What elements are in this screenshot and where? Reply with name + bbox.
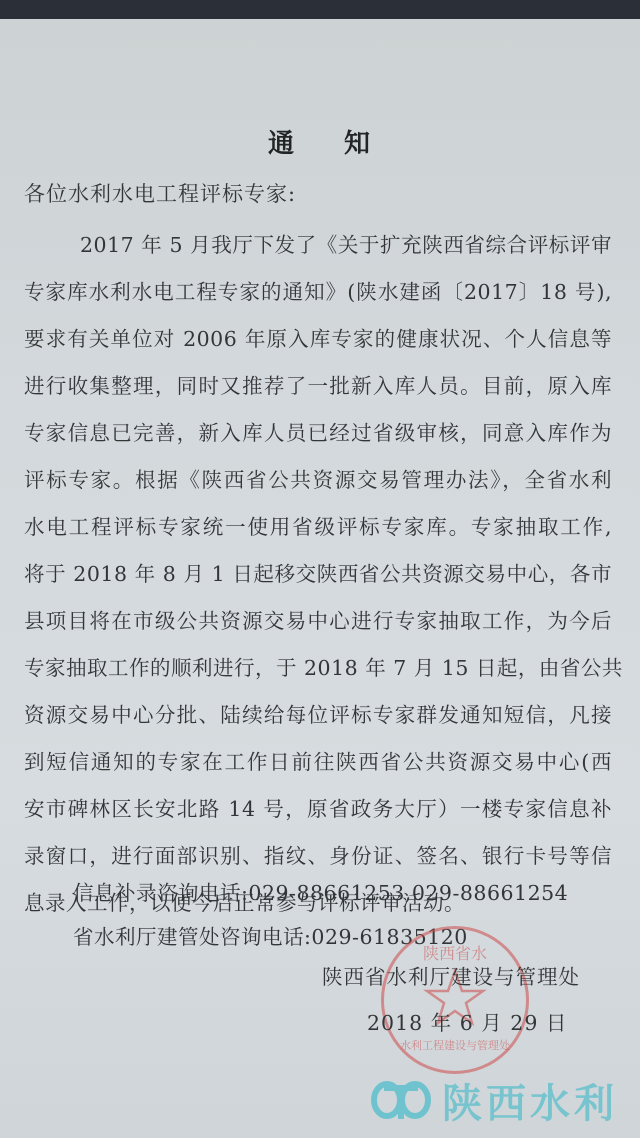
contact-info-supplement: 信息补录咨询电话:029-88661253,029-88661254	[73, 876, 568, 906]
body-line: 到短信通知的专家在工作日前往陕西省公共资源交易中心(西	[24, 739, 612, 786]
body-line: 录窗口，进行面部识别、指纹、身份证、签名、银行卡号等信	[24, 833, 612, 880]
body-line: 进行收集整理，同时又推荐了一批新入库人员。目前，原入库	[24, 363, 612, 410]
body-line: 县项目将在市级公共资源交易中心进行专家抽取工作，为今后	[24, 598, 612, 645]
salutation: 各位水利水电工程评标专家:	[24, 178, 296, 208]
shaanxi-water-logo-icon	[370, 1079, 432, 1121]
watermark-text: 陕西水利	[442, 1072, 618, 1129]
notice-body: 2017 年 5 月我厅下发了《关于扩充陕西省综合评标评审 专家库水利水电工程专…	[24, 222, 624, 927]
body-line: 水电工程评标专家统一使用省级评标专家库。专家抽取工作,	[24, 504, 612, 551]
seal-bottom-text: 水利工程建设与管理处	[400, 1038, 510, 1052]
seal-star-icon: 陕西省水 水利工程建设与管理处	[384, 929, 526, 1071]
watermark: 陕西水利	[370, 1075, 618, 1125]
body-line: 安市碑林区长安北路 14 号，原省政务大厅）一楼专家信息补	[24, 786, 612, 833]
body-line: 评标专家。根据《陕西省公共资源交易管理办法》，全省水利	[24, 457, 612, 504]
photo-top-background	[0, 0, 640, 19]
body-line: 将于 2018 年 8 月 1 日起移交陕西省公共资源交易中心，各市	[24, 551, 612, 598]
body-line: 专家抽取工作的顺利进行，于 2018 年 7 月 15 日起，由省公共	[24, 645, 612, 692]
issue-date: 2018 年 6 月 29 日	[367, 1006, 567, 1036]
body-line: 2017 年 5 月我厅下发了《关于扩充陕西省综合评标评审	[24, 222, 612, 269]
issuer-signature: 陕西省水利厅建设与管理处	[322, 960, 580, 990]
official-seal-stamp: 陕西省水 水利工程建设与管理处	[381, 926, 529, 1074]
body-line: 专家库水利水电工程专家的通知》(陕水建函〔2017〕18 号),	[24, 269, 612, 316]
notice-title: 通知	[0, 123, 640, 160]
title-char-1: 通	[268, 123, 296, 160]
body-line: 专家信息已完善，新入库人员已经过省级审核，同意入库作为	[24, 410, 612, 457]
title-char-2: 知	[344, 123, 372, 160]
body-line: 资源交易中心分批、陆续给每位评标专家群发通知短信，凡接	[24, 692, 612, 739]
body-line: 要求有关单位对 2006 年原入库专家的健康状况、个人信息等	[24, 316, 612, 363]
